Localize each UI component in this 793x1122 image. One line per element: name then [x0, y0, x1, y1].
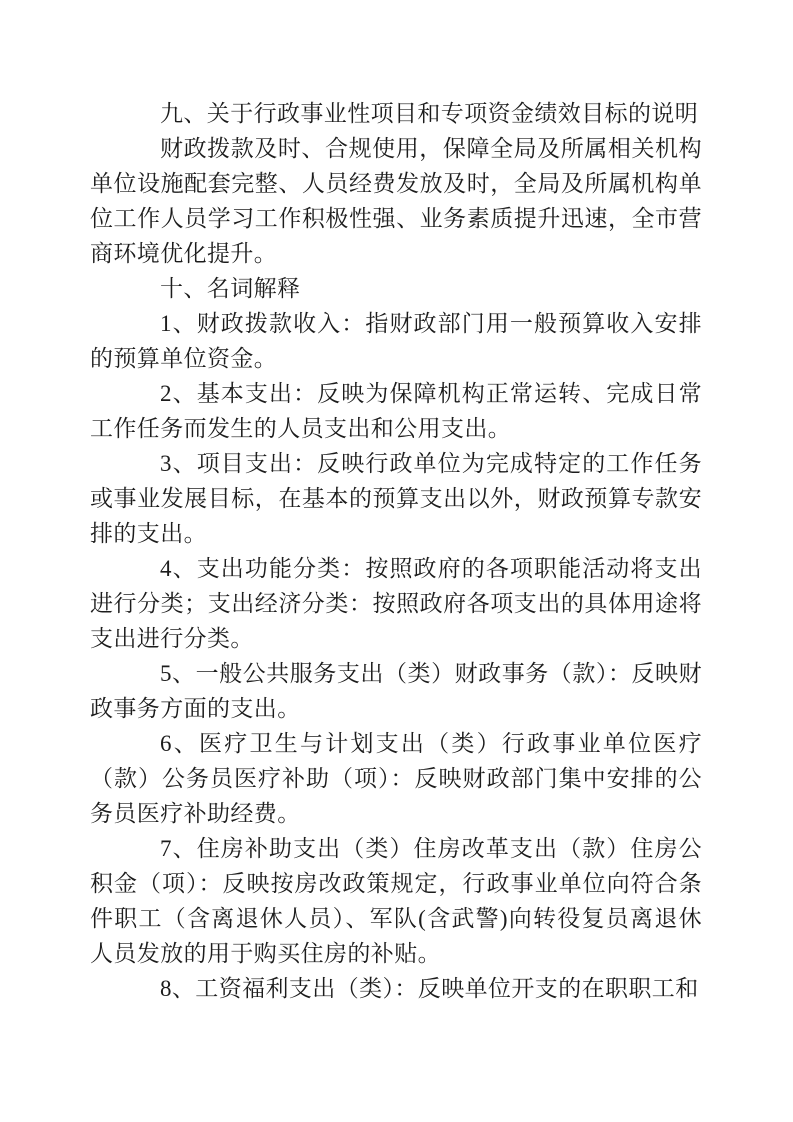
- document-page: 九、关于行政事业性项目和专项资金绩效目标的说明 财政拨款及时、合规使用，保障全局…: [0, 0, 793, 1122]
- term-definition-2: 2、基本支出：反映为保障机构正常运转、完成日常工作任务而发生的人员支出和公用支出…: [90, 376, 702, 446]
- document-content: 九、关于行政事业性项目和专项资金绩效目标的说明 财政拨款及时、合规使用，保障全局…: [90, 96, 702, 1006]
- term-definition-3: 3、项目支出：反映行政单位为完成特定的工作任务或事业发展目标，在基本的预算支出以…: [90, 446, 702, 551]
- term-definition-5: 5、一般公共服务支出（类）财政事务（款）：反映财政事务方面的支出。: [90, 656, 702, 726]
- term-definition-8-continued: 8、工资福利支出（类）：反映单位开支的在职职工和: [90, 971, 702, 1006]
- section-9-heading: 九、关于行政事业性项目和专项资金绩效目标的说明: [90, 96, 702, 131]
- section-10-heading: 十、名词解释: [90, 271, 702, 306]
- term-definition-6: 6、医疗卫生与计划支出（类）行政事业单位医疗（款）公务员医疗补助（项）：反映财政…: [90, 726, 702, 831]
- term-definition-1: 1、财政拨款收入：指财政部门用一般预算收入安排的预算单位资金。: [90, 306, 702, 376]
- section-9-body: 财政拨款及时、合规使用，保障全局及所属相关机构单位设施配套完整、人员经费发放及时…: [90, 131, 702, 271]
- term-definition-7: 7、住房补助支出（类）住房改革支出（款）住房公积金（项）：反映按房改政策规定，行…: [90, 831, 702, 971]
- term-definition-4: 4、支出功能分类：按照政府的各项职能活动将支出进行分类；支出经济分类：按照政府各…: [90, 551, 702, 656]
